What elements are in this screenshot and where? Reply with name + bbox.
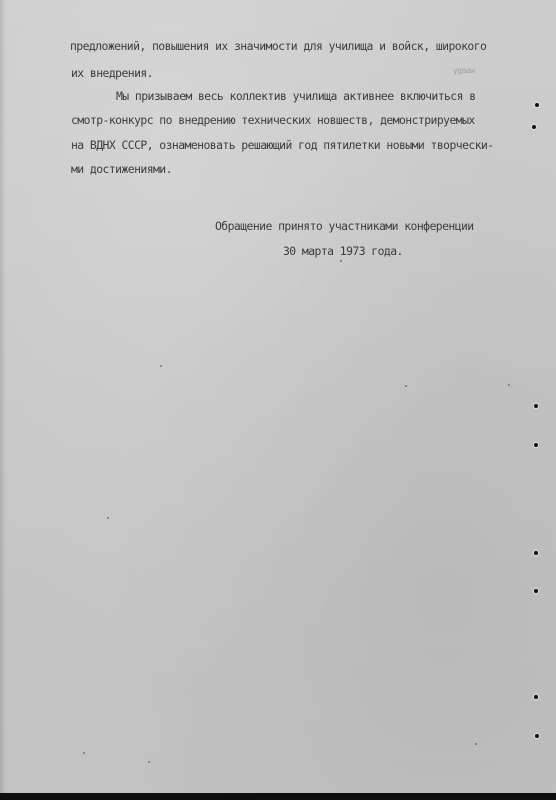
body-line-5: на ВДНХ СССР, ознаменовать решающий год … xyxy=(71,138,494,152)
body-line-2: их внедрения. xyxy=(71,66,153,80)
body-line-1: предложений, повышения их значимости для… xyxy=(70,39,486,53)
punch-hole-mark xyxy=(535,103,539,107)
paper-speck xyxy=(508,384,510,386)
paper-speck xyxy=(475,743,477,745)
scan-bottom-edge xyxy=(0,793,556,800)
signature-line-1: Обращение принято участниками конференци… xyxy=(215,219,474,233)
paper-speck xyxy=(148,761,150,763)
punch-hole-mark xyxy=(534,443,538,447)
paper-speck xyxy=(405,385,407,387)
signature-date: 30 марта 1973 года. xyxy=(283,244,403,258)
punch-hole-mark xyxy=(532,125,536,129)
body-line-6: ми достижениями. xyxy=(71,162,172,176)
punch-hole-mark xyxy=(534,695,538,699)
body-line-3: Мы призываем весь коллектив училища акти… xyxy=(116,89,476,103)
punch-hole-mark xyxy=(534,551,538,555)
page-edge-shadow xyxy=(0,0,6,793)
paper-speck xyxy=(107,517,109,519)
punch-hole-mark xyxy=(534,589,538,593)
faint-stamp-mark: ygaaw xyxy=(453,66,475,75)
paper-speck xyxy=(83,752,85,754)
punch-hole-mark xyxy=(535,734,539,738)
paper-speck xyxy=(160,365,162,367)
body-line-4: смотр-конкурс по внедрению технических н… xyxy=(71,113,475,127)
punch-hole-mark xyxy=(534,404,538,408)
paper-speck xyxy=(340,260,342,262)
document-page: предложений, повышения их значимости для… xyxy=(0,0,556,793)
